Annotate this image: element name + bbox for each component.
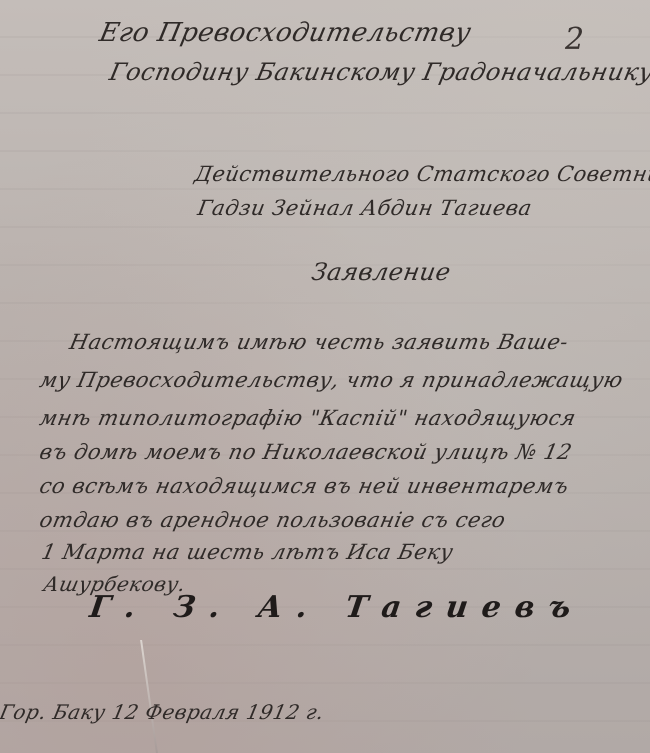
body-line: со всѣмъ находящимся въ ней инвентаремъ [37, 474, 571, 498]
body-line: Настоящимъ имѣю честь заявить Ваше- [67, 330, 570, 354]
body-line: мнѣ типолитографію "Каспій" находящуюся [37, 406, 578, 430]
document-title: Заявление [310, 258, 454, 286]
scanned-document-page: 2 Его Превосходительству Господину Бакин… [0, 0, 650, 753]
body-line: 1 Марта на шесть лѣтъ Иса Беку [39, 540, 455, 564]
sender-line-1: Действительного Статского Советника [193, 162, 650, 186]
sender-line-2: Гадзи Зейнал Абдин Тагиева [196, 196, 534, 220]
body-line: му Превосходительству, что я принадлежащ… [37, 368, 625, 392]
page-number: 2 [565, 22, 584, 57]
body-line: въ домѣ моемъ по Николаевской улицѣ № 12 [37, 440, 574, 464]
document-date: Гор. Баку 12 Февраля 1912 г. [0, 700, 327, 724]
signature: Г. З. А. Тагиевъ [88, 590, 587, 625]
body-line: отдаю въ арендное пользованіе съ сего [37, 508, 508, 532]
paper-fold-crease [140, 640, 158, 753]
addressee-line-2: Господину Бакинскому Градоначальнику [107, 58, 650, 86]
addressee-line-1: Его Превосходительству [97, 18, 474, 48]
